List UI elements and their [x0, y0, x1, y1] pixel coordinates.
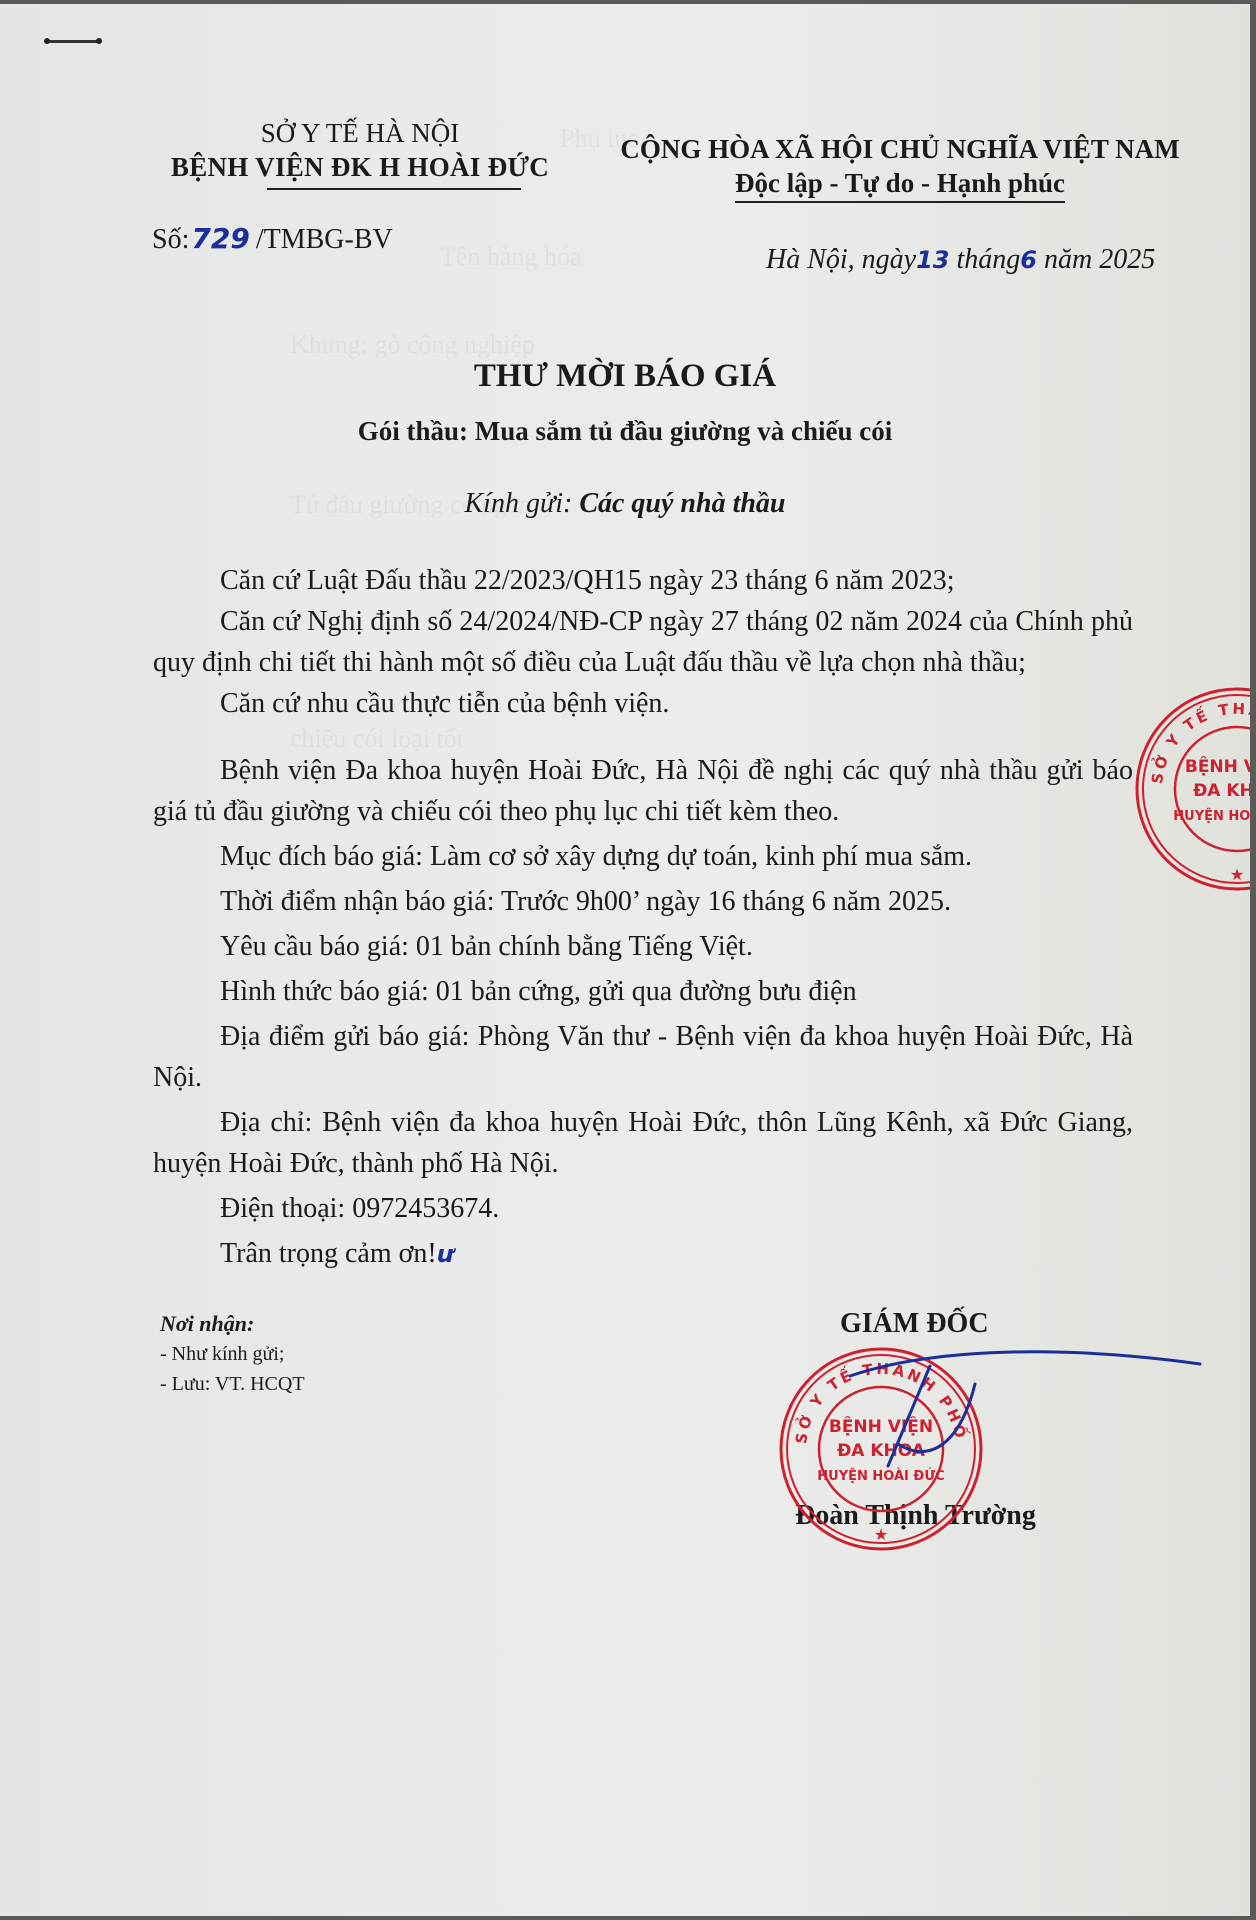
document-title: THƯ MỜI BÁO GIÁ — [0, 358, 1250, 395]
legal-basis-3: Căn cứ nhu cầu thực tiễn của bệnh viện. — [153, 683, 1133, 724]
doc-number-label: Số: — [152, 224, 189, 255]
body-deadline: Thời điểm nhận báo giá: Trước 9h00’ ngày… — [153, 881, 1133, 922]
body-location: Địa điểm gửi báo giá: Phòng Văn thư - Bệ… — [153, 1016, 1133, 1098]
date-day-handwritten: 13 — [916, 246, 949, 274]
document-subject: Gói thầu: Mua sắm tủ đầu giường và chiếu… — [0, 416, 1250, 447]
letter-body: Căn cứ Luật Đấu thầu 22/2023/QH15 ngày 2… — [153, 560, 1133, 1275]
greeting: Kính gửi: Các quý nhà thầu — [0, 488, 1250, 520]
date-month-label: tháng — [957, 244, 1021, 275]
date-month-handwritten: 6 — [1020, 246, 1037, 274]
seal-partial-icon: SỞ Y TẾ THÀNH PHỐ HÀ NỘI BỆNH VIỆN ĐA KH… — [1132, 684, 1250, 894]
hospital-name: BỆNH VIỆN ĐK H HOÀI ĐỨC — [150, 150, 570, 184]
agency-name: SỞ Y TẾ HÀ NỘI — [150, 116, 570, 150]
svg-text:★: ★ — [874, 1525, 888, 1544]
svg-text:HUYỆN HOÀI ĐỨC: HUYỆN HOÀI ĐỨC — [1173, 808, 1250, 824]
greeting-recipient: Các quý nhà thầu — [579, 488, 785, 519]
svg-text:BỆNH VIỆN: BỆNH VIỆN — [1185, 755, 1250, 777]
doc-number-suffix: /TMBG-BV — [256, 224, 393, 255]
body-request: Bệnh viện Đa khoa huyện Hoài Đức, Hà Nội… — [153, 750, 1133, 832]
closing-text: Trân trọng cảm ơn! — [220, 1238, 437, 1269]
recipient-item: - Lưu: VT. HCQT — [160, 1369, 305, 1399]
date-prefix: Hà Nội, ngày — [766, 244, 916, 275]
scan-mark — [46, 40, 100, 43]
recipients-heading: Nơi nhận: — [160, 1309, 305, 1339]
document-page: Phụ lục Tên hàng hóa Khung: gỗ công nghi… — [0, 4, 1250, 1916]
recipients-block: Nơi nhận: - Như kính gửi; - Lưu: VT. HCQ… — [160, 1309, 305, 1399]
nation-name: CỘNG HÒA XÃ HỘI CHỦ NGHĨA VIỆT NAM — [600, 132, 1200, 166]
legal-basis-1: Căn cứ Luật Đấu thầu 22/2023/QH15 ngày 2… — [153, 560, 1133, 601]
recipient-item: - Như kính gửi; — [160, 1339, 305, 1369]
svg-text:ĐA KHOA: ĐA KHOA — [1193, 781, 1250, 801]
body-requirement: Yêu cầu báo giá: 01 bản chính bằng Tiếng… — [153, 926, 1133, 967]
body-phone: Điện thoại: 0972453674. — [153, 1188, 1133, 1229]
signature-scribble-icon — [840, 1344, 1220, 1484]
handwritten-initial: ư — [437, 1240, 454, 1268]
body-purpose: Mục đích báo giá: Làm cơ sở xây dựng dự … — [153, 836, 1133, 877]
legal-basis-2: Căn cứ Nghị định số 24/2024/NĐ-CP ngày 2… — [153, 601, 1133, 683]
date-line: Hà Nội, ngày13 tháng6 năm 2025 — [766, 244, 1155, 276]
doc-number-handwritten: 729 — [191, 222, 249, 255]
body-closing: Trân trọng cảm ơn!ư — [153, 1233, 1133, 1275]
svg-text:★: ★ — [1230, 865, 1244, 884]
date-year: năm 2025 — [1044, 244, 1155, 275]
body-format: Hình thức báo giá: 01 bản cứng, gửi qua … — [153, 971, 1133, 1012]
document-number: Số:729/TMBG-BV — [152, 222, 393, 256]
signatory-title: GIÁM ĐỐC — [840, 1308, 989, 1340]
hospital-underline — [267, 188, 521, 190]
greeting-label: Kính gửi: — [464, 488, 572, 519]
issuer-header: SỞ Y TẾ HÀ NỘI BỆNH VIỆN ĐK H HOÀI ĐỨC — [150, 116, 570, 184]
national-motto: Độc lập - Tự do - Hạnh phúc — [735, 166, 1065, 203]
national-header: CỘNG HÒA XÃ HỘI CHỦ NGHĨA VIỆT NAM Độc l… — [600, 132, 1200, 203]
body-address: Địa chỉ: Bệnh viện đa khoa huyện Hoài Đứ… — [153, 1102, 1133, 1184]
